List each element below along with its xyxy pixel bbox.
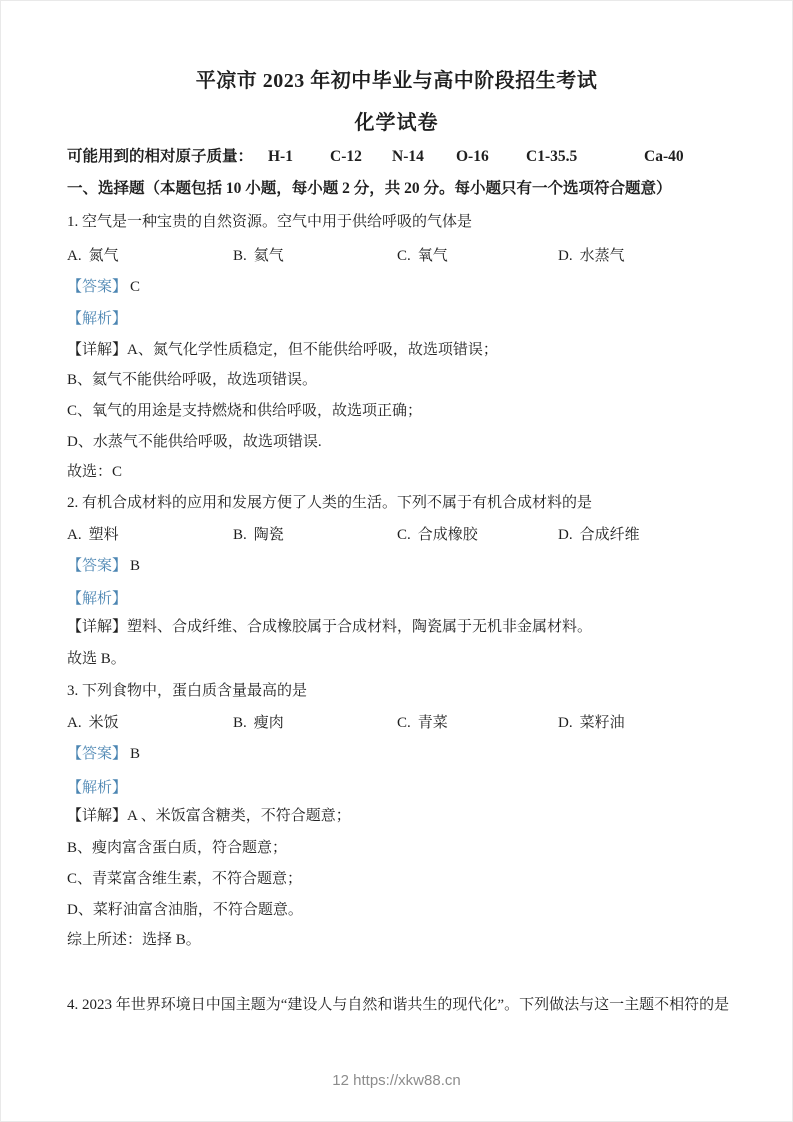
answer-value: C — [130, 279, 140, 295]
answer-label: 【答案】 — [67, 558, 127, 574]
conclusion-line: 故选：C — [67, 462, 122, 482]
option: C.氧气 — [397, 246, 448, 266]
option-label: D. — [558, 715, 573, 731]
option-row: A.氮气 B.氦气 C.氧气 D.水蒸气 — [67, 246, 752, 266]
answer-line: 【答案】B — [67, 556, 140, 576]
answer-value: B — [130, 558, 140, 574]
option: C.合成橡胶 — [397, 525, 478, 545]
answer-label: 【答案】 — [67, 279, 127, 295]
atomic-mass-value: Ca-40 — [644, 147, 684, 167]
answer-value: B — [130, 746, 140, 762]
atomic-mass-value: C1-35.5 — [526, 147, 577, 167]
answer-line: 【答案】B — [67, 744, 140, 764]
atomic-mass-label: 可能用到的相对原子质量： — [67, 148, 253, 165]
question-stem: 4. 2023 年世界环境日中国主题为“建设人与自然和谐共生的现代化”。下列做法… — [67, 995, 729, 1015]
option-text: 塑料 — [89, 527, 119, 543]
analysis-label: 【解析】 — [67, 780, 127, 796]
detail-line: D、菜籽油富含油脂，不符合题意。 — [67, 900, 303, 920]
doc-title: 平凉市 2023 年初中毕业与高中阶段招生考试 — [1, 71, 792, 91]
question-stem: 1. 空气是一种宝贵的自然资源。空气中用于供给呼吸的气体是 — [67, 212, 472, 232]
option-label: C. — [397, 248, 411, 264]
question-stem: 3. 下列食物中，蛋白质含量最高的是 — [67, 681, 307, 701]
detail-line: B、氦气不能供给呼吸，故选项错误。 — [67, 370, 317, 390]
option: D.合成纤维 — [558, 525, 640, 545]
option-label: B. — [233, 248, 247, 264]
option: A.塑料 — [67, 525, 119, 545]
option: B.瘦肉 — [233, 713, 284, 733]
answer-label: 【答案】 — [67, 746, 127, 762]
option: D.水蒸气 — [558, 246, 625, 266]
option-text: 合成纤维 — [580, 527, 640, 543]
option-label: C. — [397, 715, 411, 731]
option-text: 青菜 — [418, 715, 448, 731]
atomic-mass-line: 可能用到的相对原子质量： H-1 C-12 N-14 O-16 C1-35.5 … — [67, 147, 752, 167]
option-row: A.米饭 B.瘦肉 C.青菜 D.菜籽油 — [67, 713, 752, 733]
analysis-line: 【解析】 — [67, 778, 127, 798]
page-footer: 12 https://xkw88.cn — [1, 1071, 792, 1091]
option: D.菜籽油 — [558, 713, 625, 733]
doc-subtitle: 化学试卷 — [1, 113, 792, 133]
analysis-line: 【解析】 — [67, 589, 127, 609]
option: A.氮气 — [67, 246, 119, 266]
option-label: B. — [233, 715, 247, 731]
option-text: 合成橡胶 — [418, 527, 478, 543]
option-text: 陶瓷 — [254, 527, 284, 543]
atomic-mass-value: C-12 — [330, 147, 362, 167]
option: B.陶瓷 — [233, 525, 284, 545]
atomic-mass-value: O-16 — [456, 147, 489, 167]
option-label: A. — [67, 527, 82, 543]
option-text: 氦气 — [254, 248, 284, 264]
option: B.氦气 — [233, 246, 284, 266]
analysis-label: 【解析】 — [67, 311, 127, 327]
question-stem: 2. 有机合成材料的应用和发展方便了人类的生活。下列不属于有机合成材料的是 — [67, 493, 592, 513]
conclusion-line: 故选 B。 — [67, 649, 126, 669]
detail-line: B、瘦肉富含蛋白质，符合题意； — [67, 838, 287, 858]
option-label: D. — [558, 527, 573, 543]
detail-line: D、水蒸气不能供给呼吸，故选项错误. — [67, 432, 322, 452]
option-text: 水蒸气 — [580, 248, 625, 264]
detail-line: 【详解】塑料、合成纤维、合成橡胶属于合成材料，陶瓷属于无机非金属材料。 — [67, 617, 592, 637]
option-text: 菜籽油 — [580, 715, 625, 731]
atomic-mass-value: N-14 — [392, 147, 424, 167]
section-heading: 一、选择题（本题包括 10 小题，每小题 2 分，共 20 分。每小题只有一个选… — [67, 179, 672, 199]
option-text: 氧气 — [418, 248, 448, 264]
detail-line: C、青菜富含维生素，不符合题意； — [67, 869, 302, 889]
option-text: 瘦肉 — [254, 715, 284, 731]
analysis-line: 【解析】 — [67, 309, 127, 329]
option-text: 氮气 — [89, 248, 119, 264]
detail-line: C、氧气的用途是支持燃烧和供给呼吸，故选项正确； — [67, 401, 422, 421]
option-label: B. — [233, 527, 247, 543]
answer-line: 【答案】C — [67, 277, 140, 297]
option-text: 米饭 — [89, 715, 119, 731]
atomic-mass-value: H-1 — [268, 147, 293, 167]
option-label: A. — [67, 715, 82, 731]
detail-line: 【详解】A 、米饭富含糖类，不符合题意； — [67, 806, 351, 826]
analysis-label: 【解析】 — [67, 591, 127, 607]
detail-line: 【详解】A、氮气化学性质稳定，但不能供给呼吸，故选项错误； — [67, 340, 498, 360]
exam-document-page: 平凉市 2023 年初中毕业与高中阶段招生考试 化学试卷 可能用到的相对原子质量… — [0, 0, 793, 1122]
option-label: C. — [397, 527, 411, 543]
option-label: D. — [558, 248, 573, 264]
option: A.米饭 — [67, 713, 119, 733]
option-row: A.塑料 B.陶瓷 C.合成橡胶 D.合成纤维 — [67, 525, 752, 545]
option-label: A. — [67, 248, 82, 264]
conclusion-line: 综上所述：选择 B。 — [67, 930, 201, 950]
option: C.青菜 — [397, 713, 448, 733]
